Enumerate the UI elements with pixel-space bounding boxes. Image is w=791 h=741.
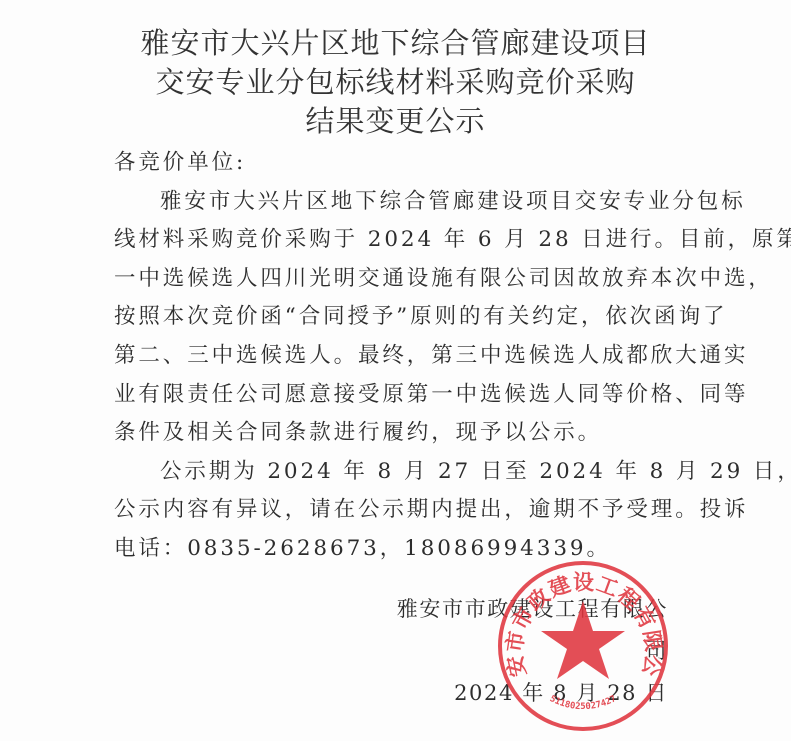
paragraph-line: 第二、三中选候选人。最终，第三中选候选人成都欣大通实 [114, 337, 674, 376]
paragraph-line: 按照本次竞价函“合同授予”原则的有关约定，依次函询了 [114, 298, 674, 337]
title-line-1: 雅安市大兴片区地下综合管廊建设项目 [0, 24, 791, 63]
signature-block: 雅安市市政建设工程有限公司 2024 年 8 月 28 日 [380, 588, 680, 714]
paragraph-1: 雅安市大兴片区地下综合管廊建设项目交安专业分包标 线材料采购竞价采购于 2024… [114, 183, 674, 453]
document-title: 雅安市大兴片区地下综合管廊建设项目 交安专业分包标线材料采购竞价采购 结果变更公… [0, 24, 791, 141]
paragraph-line: 一中选候选人四川光明交通设施有限公司因故放弃本次中选， [114, 260, 674, 299]
paragraph-line: 条件及相关合同条款进行履约，现予以公示。 [114, 414, 674, 453]
paragraph-line: 雅安市大兴片区地下综合管廊建设项目交安专业分包标 [114, 183, 674, 222]
paragraph-line: 公示期为 2024 年 8 月 27 日至 2024 年 8 月 29 日，如对 [114, 453, 674, 492]
signature-company: 雅安市市政建设工程有限公司 [380, 588, 680, 672]
document-body: 各竞价单位: 雅安市大兴片区地下综合管廊建设项目交安专业分包标 线材料采购竞价采… [114, 144, 674, 569]
paragraph-2: 公示期为 2024 年 8 月 27 日至 2024 年 8 月 29 日，如对… [114, 453, 674, 569]
signature-date: 2024 年 8 月 28 日 [380, 672, 680, 714]
document-page: 雅安市大兴片区地下综合管廊建设项目 交安专业分包标线材料采购竞价采购 结果变更公… [0, 0, 791, 741]
title-line-3: 结果变更公示 [0, 102, 791, 141]
paragraph-line: 线材料采购竞价采购于 2024 年 6 月 28 日进行。目前，原第 [114, 221, 674, 260]
paragraph-line: 公示内容有异议，请在公示期内提出，逾期不予受理。投诉 [114, 491, 674, 530]
paragraph-line: 电话：0835-2628673，18086994339。 [114, 530, 674, 569]
paragraph-line: 业有限责任公司愿意接受原第一中选候选人同等价格、同等 [114, 376, 674, 415]
title-line-2: 交安专业分包标线材料采购竞价采购 [0, 63, 791, 102]
salutation: 各竞价单位: [114, 144, 674, 183]
